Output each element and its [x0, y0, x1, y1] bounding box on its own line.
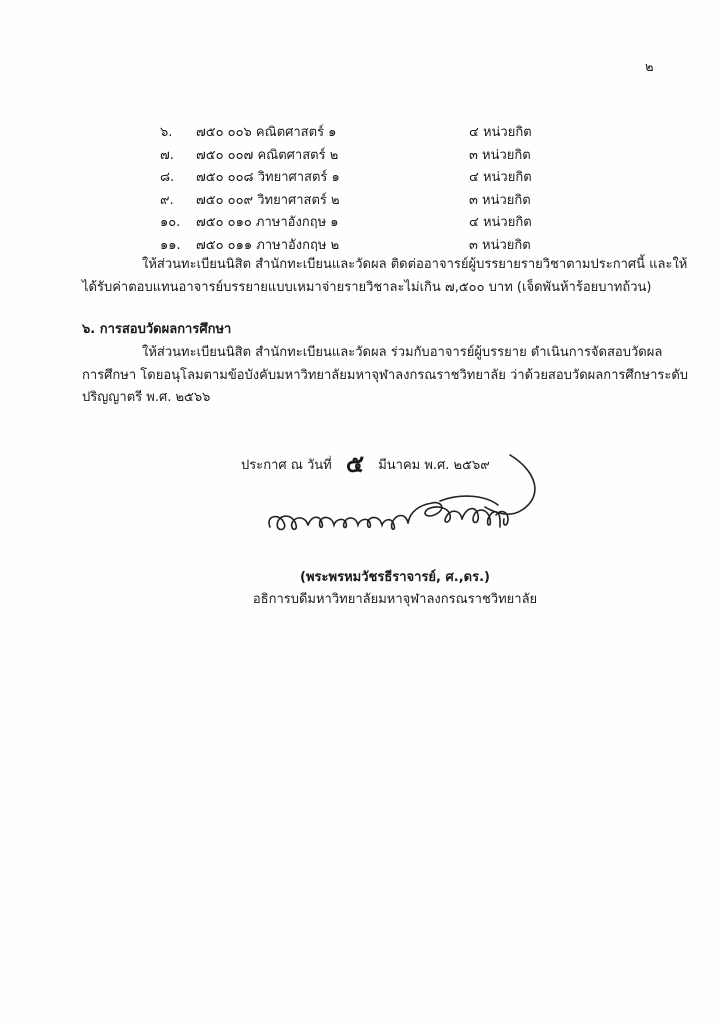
section-heading: ๖. การสอบวัดผลการศึกษา: [82, 319, 231, 341]
course-code-name: ๗๕๐ ๐๐๙ วิทยาศาสตร์ ๒: [196, 190, 340, 212]
paragraph-text: ให้ส่วนทะเบียนนิสิต สำนักทะเบียนและวัดผล…: [142, 345, 662, 360]
course-credits: ๔ หน่วยกิต: [469, 167, 532, 189]
course-credits: ๔ หน่วยกิต: [469, 122, 532, 144]
course-code-name: ๗๕๐ ๐๐๗ คณิตศาสตร์ ๒: [196, 145, 338, 167]
page-number: ๒: [645, 56, 654, 77]
handwritten-signature: [260, 435, 560, 545]
course-code-name: ๗๕๐ ๐๐๖ คณิตศาสตร์ ๑: [196, 122, 336, 144]
course-number: ๗.: [160, 145, 174, 167]
course-code-name: ๗๕๐ ๐๑๐ ภาษาอังกฤษ ๑: [196, 212, 339, 234]
course-credits: ๔ หน่วยกิต: [469, 212, 532, 234]
signer-name: (พระพรหมวัชรธีราจารย์, ศ.,ดร.): [0, 566, 722, 587]
course-credits: ๓ หน่วยกิต: [469, 190, 531, 212]
paragraph-text: ให้ส่วนทะเบียนนิสิต สำนักทะเบียนและวัดผล…: [142, 257, 687, 272]
paragraph-line: ปริญญาตรี พ.ศ. ๒๕๖๖: [82, 387, 642, 410]
course-number: ๑๐.: [160, 212, 180, 234]
course-code-name: ๗๕๐ ๐๐๘ วิทยาศาสตร์ ๑: [196, 167, 340, 189]
exam-paragraph: ให้ส่วนทะเบียนนิสิต สำนักทะเบียนและวัดผล…: [82, 342, 642, 410]
course-row: ๙. ๗๕๐ ๐๐๙ วิทยาศาสตร์ ๒ ๓ หน่วยกิต: [160, 190, 560, 213]
document-page: ๒ ๖. ๗๕๐ ๐๐๖ คณิตศาสตร์ ๑ ๔ หน่วยกิต ๗. …: [0, 0, 722, 1024]
payment-paragraph: ให้ส่วนทะเบียนนิสิต สำนักทะเบียนและวัดผล…: [82, 254, 642, 299]
paragraph-line: ได้รับค่าตอบแทนอาจารย์บรรยายแบบเหมาจ่ายร…: [82, 277, 642, 300]
course-credits: ๓ หน่วยกิต: [469, 145, 531, 167]
course-row: ๑๐. ๗๕๐ ๐๑๐ ภาษาอังกฤษ ๑ ๔ หน่วยกิต: [160, 212, 560, 235]
paragraph-line: ให้ส่วนทะเบียนนิสิต สำนักทะเบียนและวัดผล…: [82, 342, 642, 365]
signer-position: อธิการบดีมหาวิทยาลัยมหาจุฬาลงกรณราชวิทยา…: [0, 588, 722, 609]
paragraph-line: ให้ส่วนทะเบียนนิสิต สำนักทะเบียนและวัดผล…: [82, 254, 642, 277]
course-list: ๖. ๗๕๐ ๐๐๖ คณิตศาสตร์ ๑ ๔ หน่วยกิต ๗. ๗๕…: [160, 122, 560, 257]
course-number: ๙.: [160, 190, 174, 212]
course-number: ๖.: [160, 122, 172, 144]
course-row: ๗. ๗๕๐ ๐๐๗ คณิตศาสตร์ ๒ ๓ หน่วยกิต: [160, 145, 560, 168]
course-number: ๘.: [160, 167, 174, 189]
course-row: ๘. ๗๕๐ ๐๐๘ วิทยาศาสตร์ ๑ ๔ หน่วยกิต: [160, 167, 560, 190]
paragraph-line: การศึกษา โดยอนุโลมตามข้อบังคับมหาวิทยาลั…: [82, 365, 642, 388]
course-row: ๖. ๗๕๐ ๐๐๖ คณิตศาสตร์ ๑ ๔ หน่วยกิต: [160, 122, 560, 145]
